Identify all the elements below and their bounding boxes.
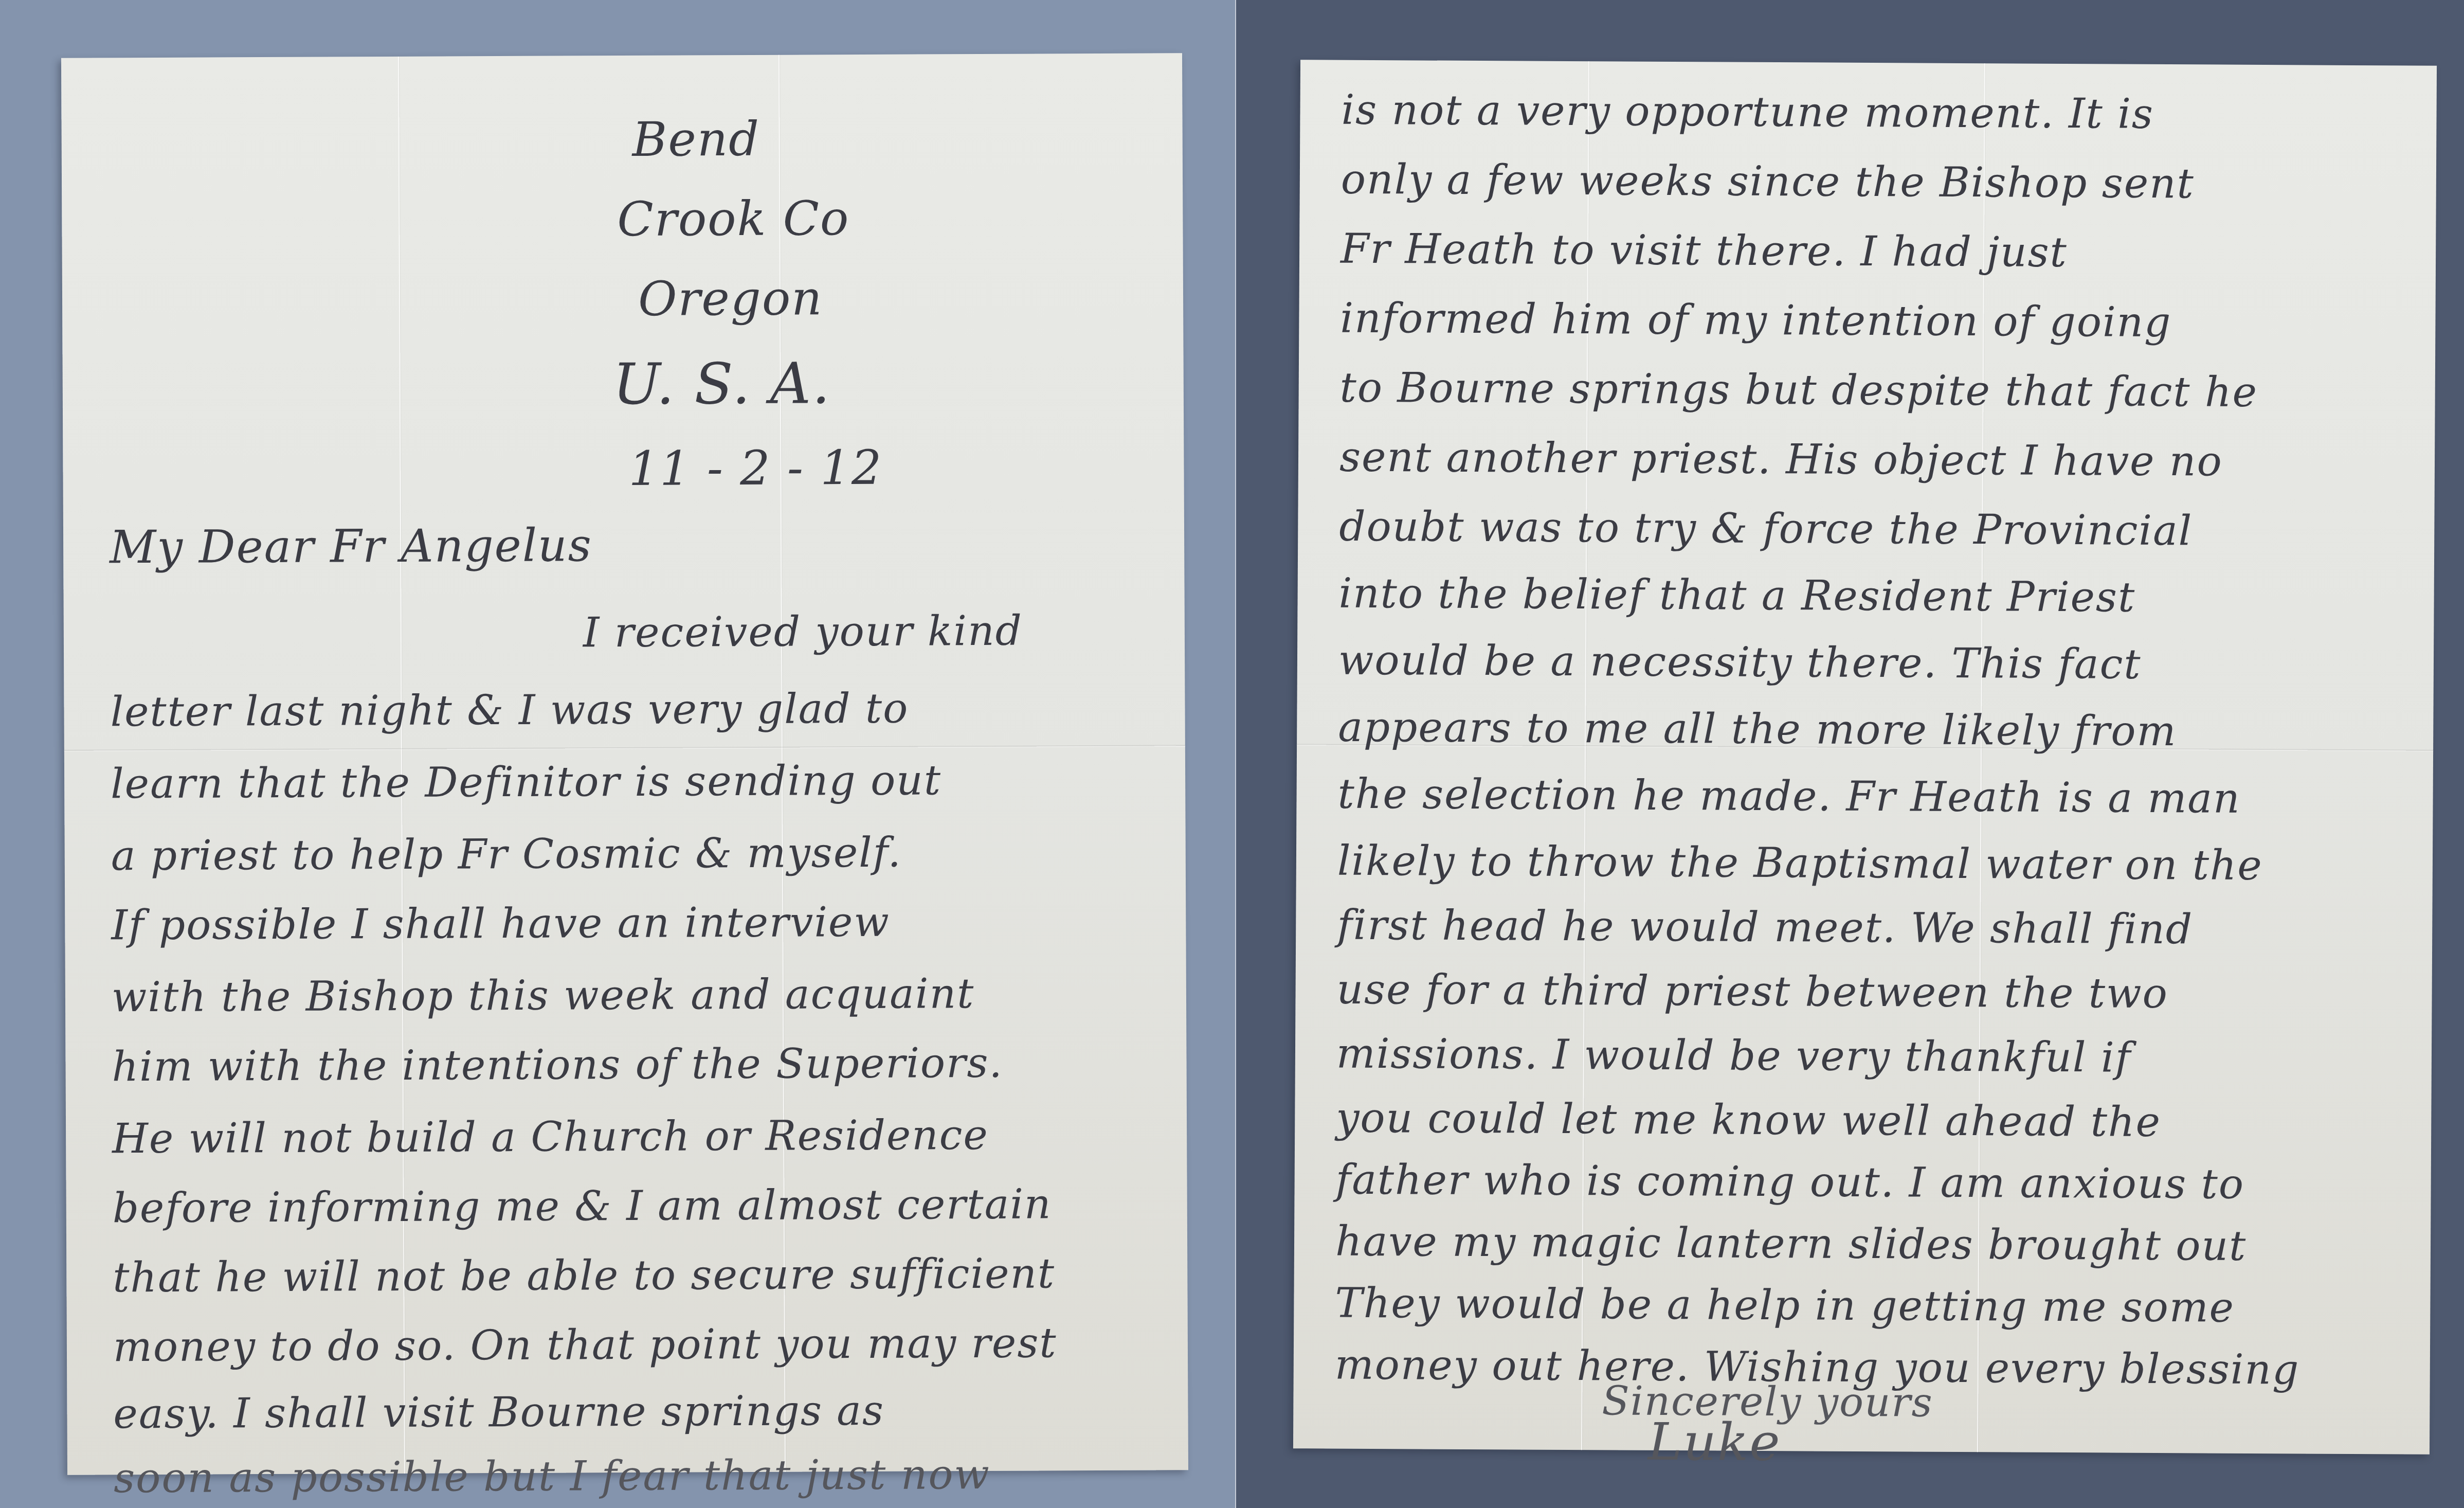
- body-line: soon as possible but I fear that just no…: [114, 1450, 990, 1502]
- body-line: informed him of my intention of going: [1340, 294, 2171, 346]
- body-line: appears to me all the more likely from: [1338, 703, 2177, 756]
- body-line: him with the intentions of the Superiors…: [112, 1039, 1003, 1091]
- letter-page-1: Bend Crook Co Oregon U. S. A. 11 - 2 - 1…: [61, 53, 1188, 1475]
- body-line: would be a necessity there. This fact: [1338, 636, 2142, 688]
- body-line: I received your kind: [583, 607, 1023, 657]
- body-line: first head he would meet. We shall find: [1337, 901, 2193, 954]
- body-line: He will not build a Church or Residence: [112, 1111, 989, 1162]
- address-line: U. S. A.: [612, 350, 831, 417]
- salutation: My Dear Fr Angelus: [110, 518, 592, 573]
- body-line: If possible I shall have an interview: [111, 898, 890, 949]
- body-line: that he will not be able to secure suffi…: [113, 1249, 1055, 1301]
- body-line: Fr Heath to visit there. I had just: [1340, 225, 2068, 276]
- address-line: Crook Co: [617, 191, 849, 247]
- body-line: easy. I shall visit Bourne springs as: [113, 1387, 884, 1438]
- body-line: is not a very opportune moment. It is: [1341, 86, 2154, 138]
- body-line: a priest to help Fr Cosmic & myself.: [111, 829, 902, 880]
- body-line: likely to throw the Baptismal water on t…: [1337, 837, 2263, 889]
- fold-line: [64, 745, 1185, 751]
- body-line: use for a third priest between the two: [1336, 965, 2168, 1017]
- body-line: They would be a help in getting me some: [1335, 1279, 2235, 1332]
- body-line: only a few weeks since the Bishop sent: [1341, 155, 2195, 208]
- address-line: Bend: [632, 112, 760, 167]
- body-line: before informing me & I am almost certai…: [113, 1180, 1052, 1232]
- body-line: the selection he made. Fr Heath is a man: [1337, 770, 2241, 822]
- body-line: into the belief that a Resident Priest: [1338, 569, 2135, 621]
- body-line: money to do so. On that point you may re…: [113, 1319, 1057, 1371]
- body-line: sent another priest. His object I have n…: [1339, 433, 2223, 486]
- body-line: learn that the Definitor is sending out: [111, 756, 941, 807]
- body-line: you could let me know well ahead the: [1336, 1094, 2161, 1146]
- letter-date: 11 - 2 - 12: [628, 440, 882, 496]
- letter-page-2: is not a very opportune moment. It is on…: [1293, 60, 2437, 1455]
- photo-page-2: is not a very opportune moment. It is on…: [1236, 0, 2464, 1508]
- body-line: doubt was to try & force the Provincial: [1339, 502, 2193, 555]
- body-line: with the Bishop this week and acquaint: [112, 970, 975, 1021]
- body-line: missions. I would be very thankful if: [1336, 1030, 2132, 1082]
- signature: Luke: [1648, 1412, 1781, 1473]
- body-line: to Bourne springs but despite that fact …: [1340, 364, 2258, 416]
- photo-page-1: Bend Crook Co Oregon U. S. A. 11 - 2 - 1…: [0, 0, 1235, 1508]
- body-line: father who is coming out. I am anxious t…: [1335, 1156, 2244, 1208]
- body-line: have my magic lantern slides brought out: [1335, 1217, 2247, 1270]
- address-line: Oregon: [638, 271, 823, 327]
- body-line: letter last night & I was very glad to: [110, 685, 909, 736]
